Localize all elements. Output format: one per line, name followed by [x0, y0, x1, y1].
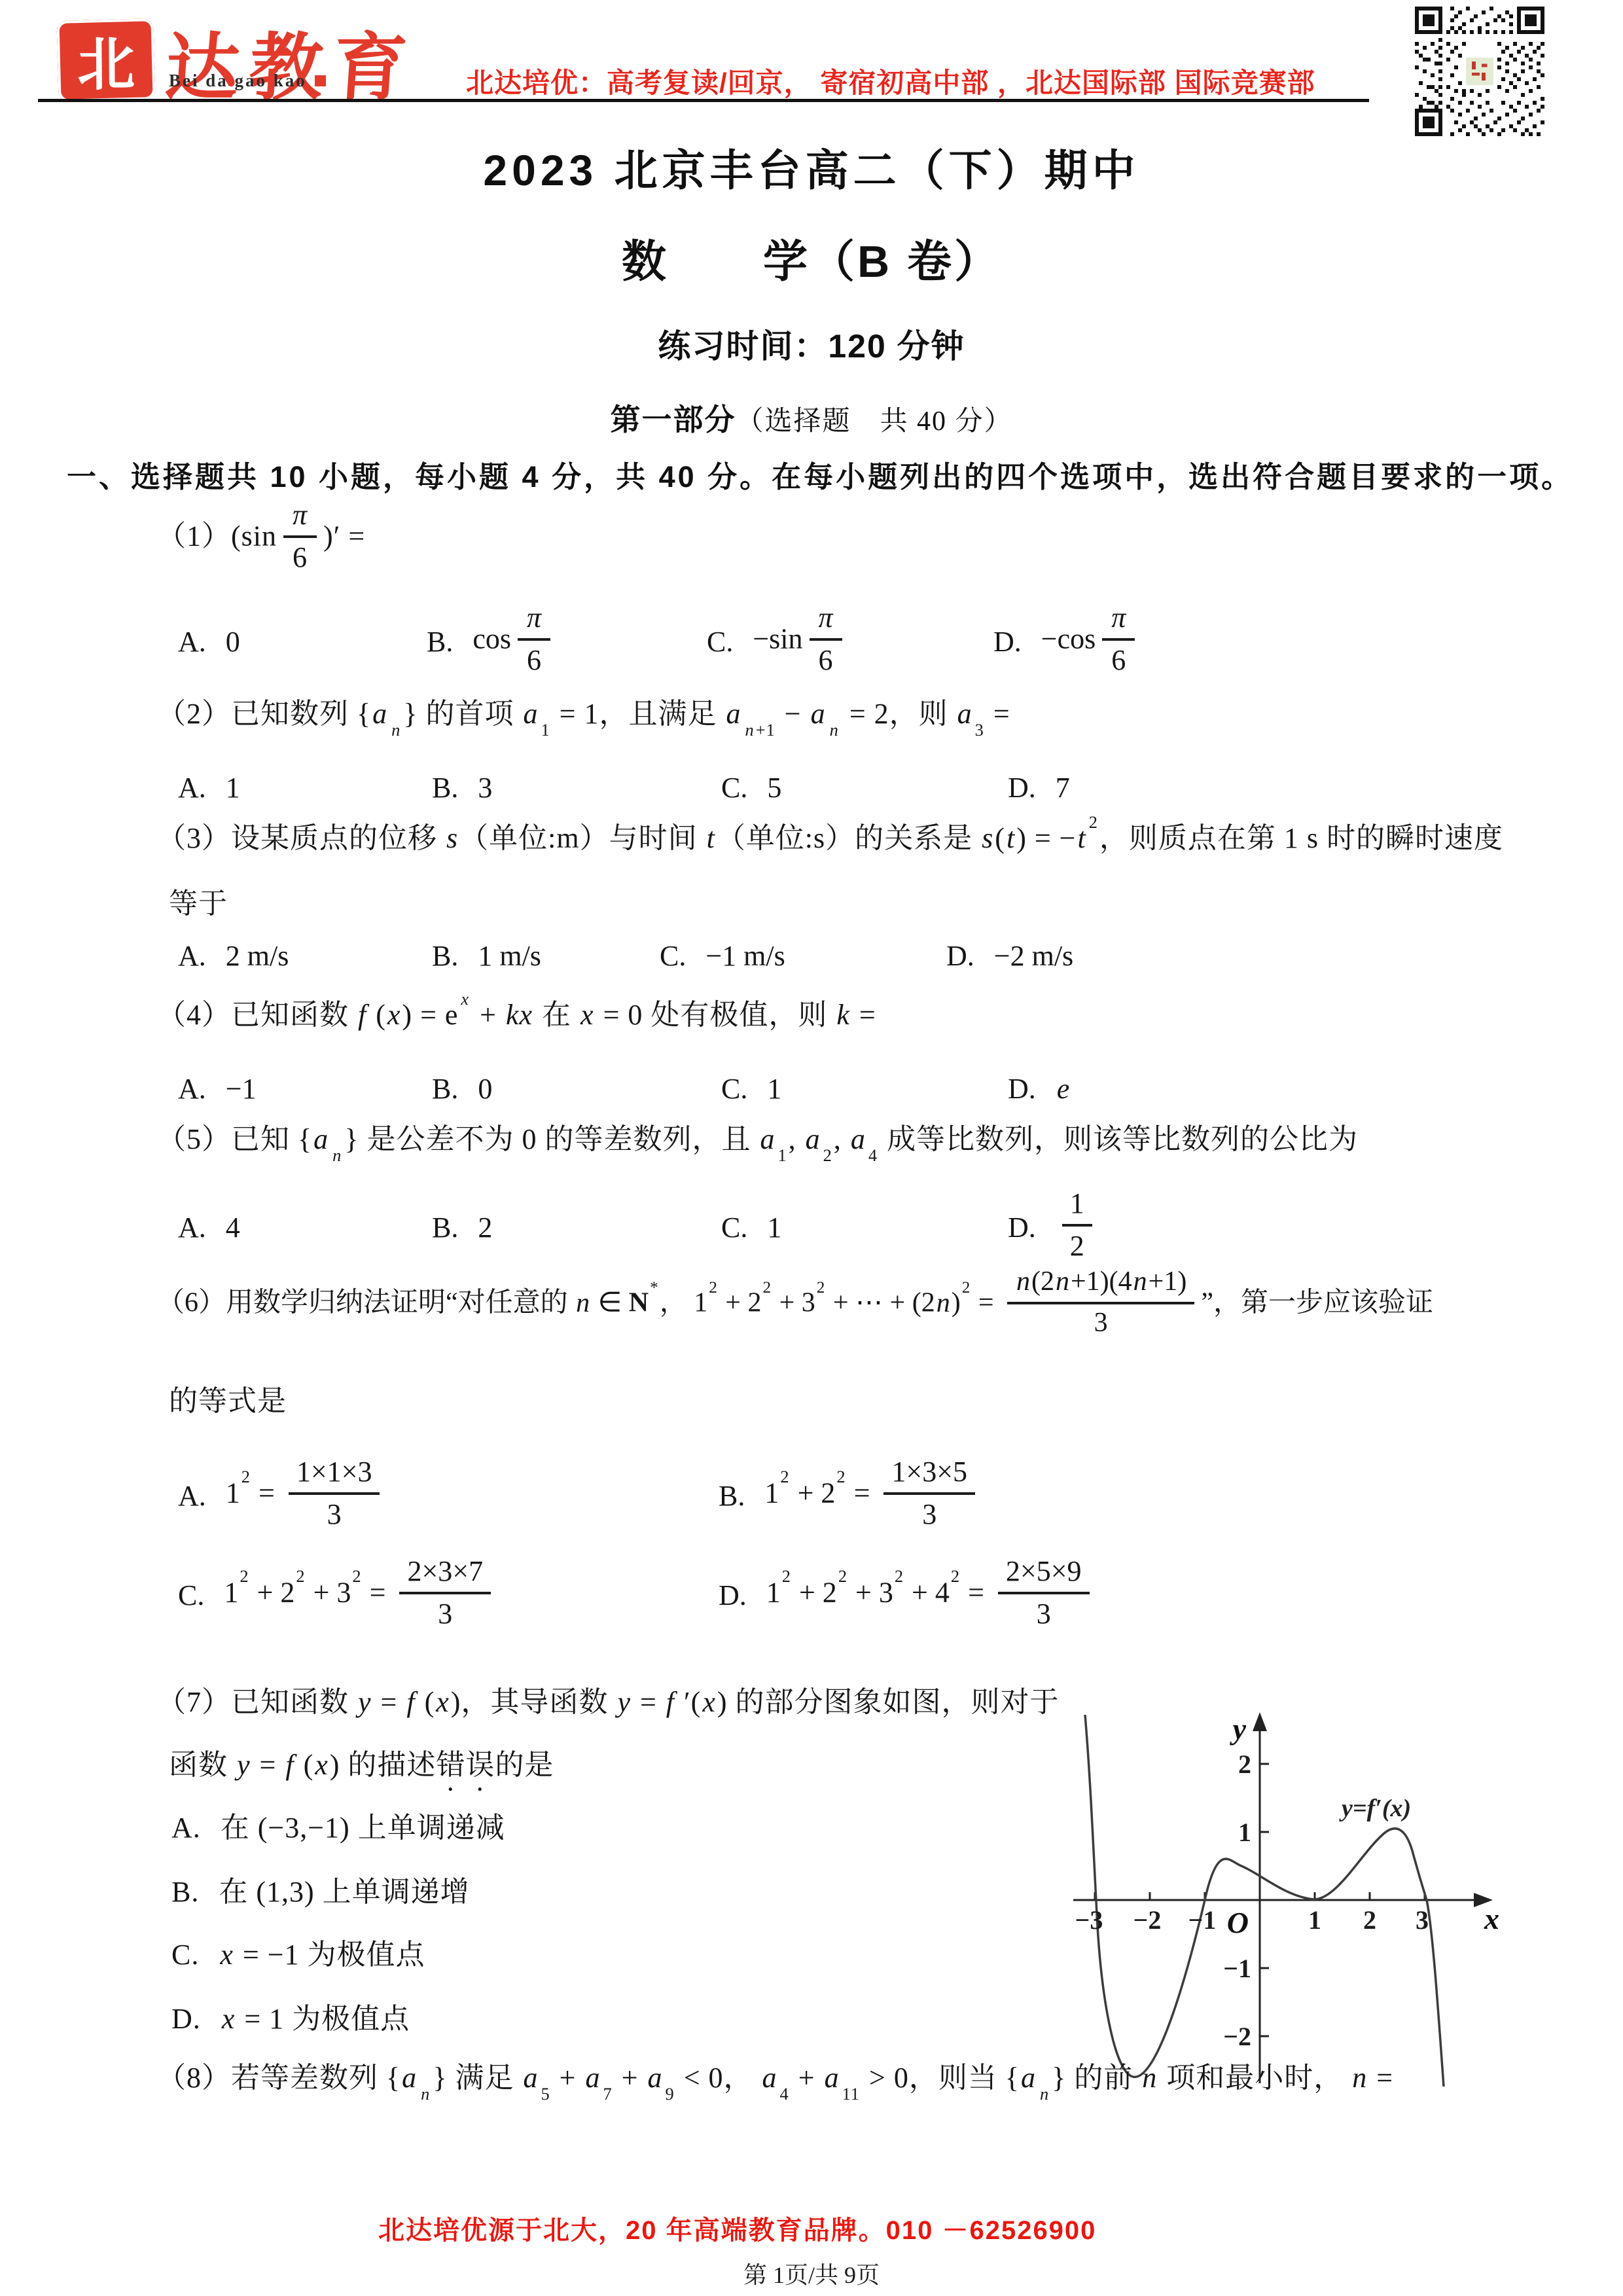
question-3-option-d: D.−2 m/s [946, 933, 1073, 978]
option-label: B. [171, 1876, 199, 1908]
question-2-option-a: A.1 [178, 764, 240, 810]
question-5-option-c: C.1 [721, 1172, 781, 1283]
option-value: 0 [478, 1072, 492, 1105]
question-7-option-d: D.x = 1 为极值点 [171, 2000, 410, 2037]
option-value: x = 1 为极值点 [221, 2003, 410, 2035]
option-label: A. [178, 771, 206, 804]
option-label: C. [707, 625, 733, 658]
header-slogan: 北达培优：高考复读/回京， 寄宿初高中部 ，北达国际部 国际竞赛部 [466, 62, 1315, 101]
section-part-label: 第一部分 [610, 403, 736, 437]
x-axis-label: x [1484, 1902, 1499, 1935]
logo-red-square [315, 75, 326, 86]
option-value: 2 m/s [226, 939, 289, 973]
qr-code [1415, 7, 1544, 136]
question-3-option-a: A.2 m/s [178, 933, 289, 978]
question-5-option-b: B.2 [432, 1172, 492, 1283]
option-value: −1 m/s [705, 939, 785, 973]
option-value: 在 (1,3) 上单调递增 [219, 1876, 469, 1908]
derivative-function-graph: y=f′(x) −3 −2 −1 1 2 3 2 1 −1 −2 O x y [1060, 1698, 1518, 2098]
option-label: C. [721, 771, 747, 804]
origin-label: O [1227, 1906, 1249, 1939]
option-value: 4 [226, 1211, 240, 1244]
logo-seal-character: 北 [77, 19, 135, 102]
question-3-stem: （3）设某质点的位移 s（单位:m）与时间 t（单位:s）的关系是 s(t) =… [157, 819, 1503, 857]
x-tick-label: 1 [1308, 1905, 1321, 1935]
option-label: C. [171, 1939, 199, 1971]
option-value: cosπ6 [473, 603, 557, 680]
option-value: 0 [226, 625, 240, 658]
x-tick-label: 2 [1363, 1905, 1376, 1935]
y-tick-label: 1 [1238, 1818, 1251, 1847]
question-4-option-a: A.−1 [178, 1066, 257, 1111]
question-2-option-b: B.3 [432, 764, 492, 810]
exam-duration: 练习时间：120 分钟 [0, 320, 1623, 367]
option-value: 5 [767, 771, 781, 804]
option-label: C. [660, 939, 686, 973]
option-value: 12 + 22 + 32 + 42 = 2×5×93 [766, 1557, 1096, 1634]
question-6-stem: （6）用数学归纳法证明“对任意的 n ∈ N*， 12 + 22 + 32 + … [157, 1268, 1433, 1342]
x-tick-label: −3 [1075, 1905, 1103, 1935]
question-1-option-b: B.cosπ6 [427, 589, 557, 694]
logo-subtitle: Bei da gao kao [169, 71, 326, 91]
question-5-options: A.4 B.2 C.1 D.12 [0, 1172, 1623, 1283]
question-8-stem: （8）若等差数列 {an} 满足 a5 + a7 + a9 < 0， a4 + … [157, 2059, 1393, 2096]
option-value: 12 [1056, 1189, 1099, 1266]
option-label: A. [178, 1072, 206, 1105]
option-label: B. [719, 1479, 745, 1513]
option-label: A. [178, 1211, 206, 1244]
option-label: B. [432, 939, 458, 973]
option-label: A. [178, 625, 206, 658]
section-heading: 第一部分（选择题 共 40 分） [0, 396, 1623, 439]
y-tick-label: −1 [1223, 1954, 1251, 1983]
question-2-option-c: C.5 [721, 764, 781, 810]
option-value: −cosπ6 [1041, 603, 1142, 680]
question-7-option-a: A.在 (−3,−1) 上单调递减 [171, 1809, 505, 1846]
option-value: 1 [226, 771, 240, 804]
question-6-stem-line2: 的等式是 [169, 1382, 287, 1420]
option-label: B. [432, 771, 458, 804]
option-label: B. [432, 1072, 458, 1105]
option-label: C. [178, 1579, 204, 1612]
question-6-option-d: D.12 + 22 + 32 + 42 = 2×5×93 [719, 1539, 1096, 1651]
y-axis-label: y [1230, 1712, 1247, 1746]
question-7-option-b: B.在 (1,3) 上单调递增 [171, 1873, 470, 1910]
option-value: x = −1 为极值点 [219, 1939, 425, 1971]
question-4-option-b: B.0 [432, 1066, 492, 1111]
question-1-option-d: D.−cosπ6 [993, 589, 1141, 694]
question-6-options-row2: C.12 + 22 + 32 = 2×3×73 D.12 + 22 + 32 +… [0, 1539, 1623, 1651]
question-6-option-a: A.12 = 1×1×33 [178, 1440, 386, 1551]
question-7-stem-line2: 函数 y = f (x) 的描述错误的是 [169, 1746, 554, 1797]
option-value: 在 (−3,−1) 上单调递减 [221, 1812, 505, 1844]
option-label: A. [178, 939, 206, 973]
exam-page: 北 达教育 Bei da gao kao 北达培优：高考复读/回京， 寄宿初高中… [0, 0, 1623, 2296]
option-value: 7 [1056, 771, 1070, 804]
question-4-options: A.−1 B.0 C.1 D.e [0, 1066, 1623, 1111]
option-value: 12 + 22 + 32 = 2×3×73 [224, 1557, 497, 1634]
header-divider [38, 99, 1369, 102]
option-value: 12 = 1×1×33 [226, 1458, 387, 1534]
exam-subject: 数 学（B 卷） [0, 226, 1623, 290]
option-value: 1 [767, 1211, 781, 1244]
curve-label: y=f′(x) [1339, 1795, 1411, 1822]
y-tick-label: −2 [1223, 2022, 1251, 2051]
question-1-options: A.0 B.cosπ6 C.−sinπ6 D.−cosπ6 [0, 589, 1623, 694]
question-7-stem: （7）已知函数 y = f (x)，其导函数 y = f ′(x) 的部分图象如… [157, 1683, 1060, 1721]
question-3-options: A.2 m/s B.1 m/s C.−1 m/s D.−2 m/s [0, 933, 1623, 978]
question-3-option-c: C.−1 m/s [660, 933, 785, 978]
option-label: B. [432, 1211, 458, 1244]
question-5-stem: （5）已知 {an} 是公差不为 0 的等差数列，且 a1, a2, a4 成等… [157, 1121, 1358, 1158]
question-1-stem: （1）(sinπ6)′ = [157, 501, 365, 577]
option-label: D. [1008, 771, 1036, 804]
option-label: C. [721, 1072, 747, 1105]
option-value: 3 [478, 771, 492, 804]
question-7-option-c: C.x = −1 为极值点 [171, 1936, 425, 1973]
option-label: B. [427, 625, 453, 658]
page-number: 第 1页/共 9页 [0, 2257, 1623, 2290]
option-label: C. [721, 1211, 747, 1244]
question-6-option-c: C.12 + 22 + 32 = 2×3×73 [178, 1539, 497, 1651]
option-label: D. [946, 939, 974, 973]
option-label: A. [171, 1812, 201, 1844]
option-label: D. [993, 625, 1022, 658]
question-4-stem: （4）已知函数 f (x) = ex + kx 在 x = 0 处有极值，则 k… [157, 996, 876, 1033]
exam-title: 2023 北京丰台高二（下）期中 [0, 135, 1623, 198]
logo-seal: 北 [56, 18, 155, 102]
question-2-option-d: D.7 [1008, 764, 1070, 810]
qr-center-logo [1466, 58, 1493, 85]
option-label: D. [1008, 1072, 1036, 1105]
x-tick-label: −1 [1188, 1905, 1217, 1935]
question-1-option-c: C.−sinπ6 [707, 589, 849, 694]
question-1-option-a: A.0 [178, 589, 240, 694]
question-4-option-c: C.1 [721, 1066, 781, 1111]
option-label: D. [171, 2003, 201, 2035]
question-6-options-row1: A.12 = 1×1×33 B.12 + 22 = 1×3×53 [0, 1440, 1623, 1551]
question-2-stem: （2）已知数列 {an} 的首项 a1 = 1，且满足 an+1 − an = … [157, 695, 1010, 732]
question-3-option-b: B.1 m/s [432, 933, 541, 978]
option-label: D. [719, 1579, 747, 1612]
y-tick-label: 2 [1238, 1749, 1251, 1779]
option-label: A. [178, 1479, 206, 1513]
option-value: −sinπ6 [753, 603, 848, 680]
option-value: −1 [226, 1072, 257, 1105]
option-value: 1 m/s [478, 939, 541, 973]
option-label: D. [1008, 1211, 1036, 1244]
question-5-option-a: A.4 [178, 1172, 240, 1283]
x-axis-tick-labels: −3 −2 −1 1 2 3 [1075, 1905, 1429, 1935]
logo-subtitle-text: Bei da gao kao [169, 71, 307, 90]
option-value: −2 m/s [994, 939, 1073, 973]
question-2-options: A.1 B.3 C.5 D.7 [0, 764, 1623, 810]
question-4-option-d: D.e [1008, 1066, 1071, 1111]
option-value: 2 [478, 1211, 492, 1244]
section-part-subtitle: （选择题 共 40 分） [736, 406, 1012, 437]
question-3-stem-line2: 等于 [169, 885, 228, 922]
question-6-option-b: B.12 + 22 = 1×3×53 [719, 1440, 982, 1551]
option-value: 1 [767, 1072, 781, 1105]
x-tick-label: 3 [1416, 1905, 1429, 1935]
option-value: e [1056, 1072, 1071, 1105]
option-value: 12 + 22 = 1×3×53 [764, 1458, 982, 1534]
x-tick-label: −2 [1133, 1905, 1162, 1935]
section-instructions: 一、选择题共 10 小题，每小题 4 分，共 40 分。在每小题列出的四个选项中… [67, 453, 1573, 495]
footer-slogan: 北达培优源于北大，20 年高端教育品牌。010 －62526900 [378, 2210, 1096, 2247]
